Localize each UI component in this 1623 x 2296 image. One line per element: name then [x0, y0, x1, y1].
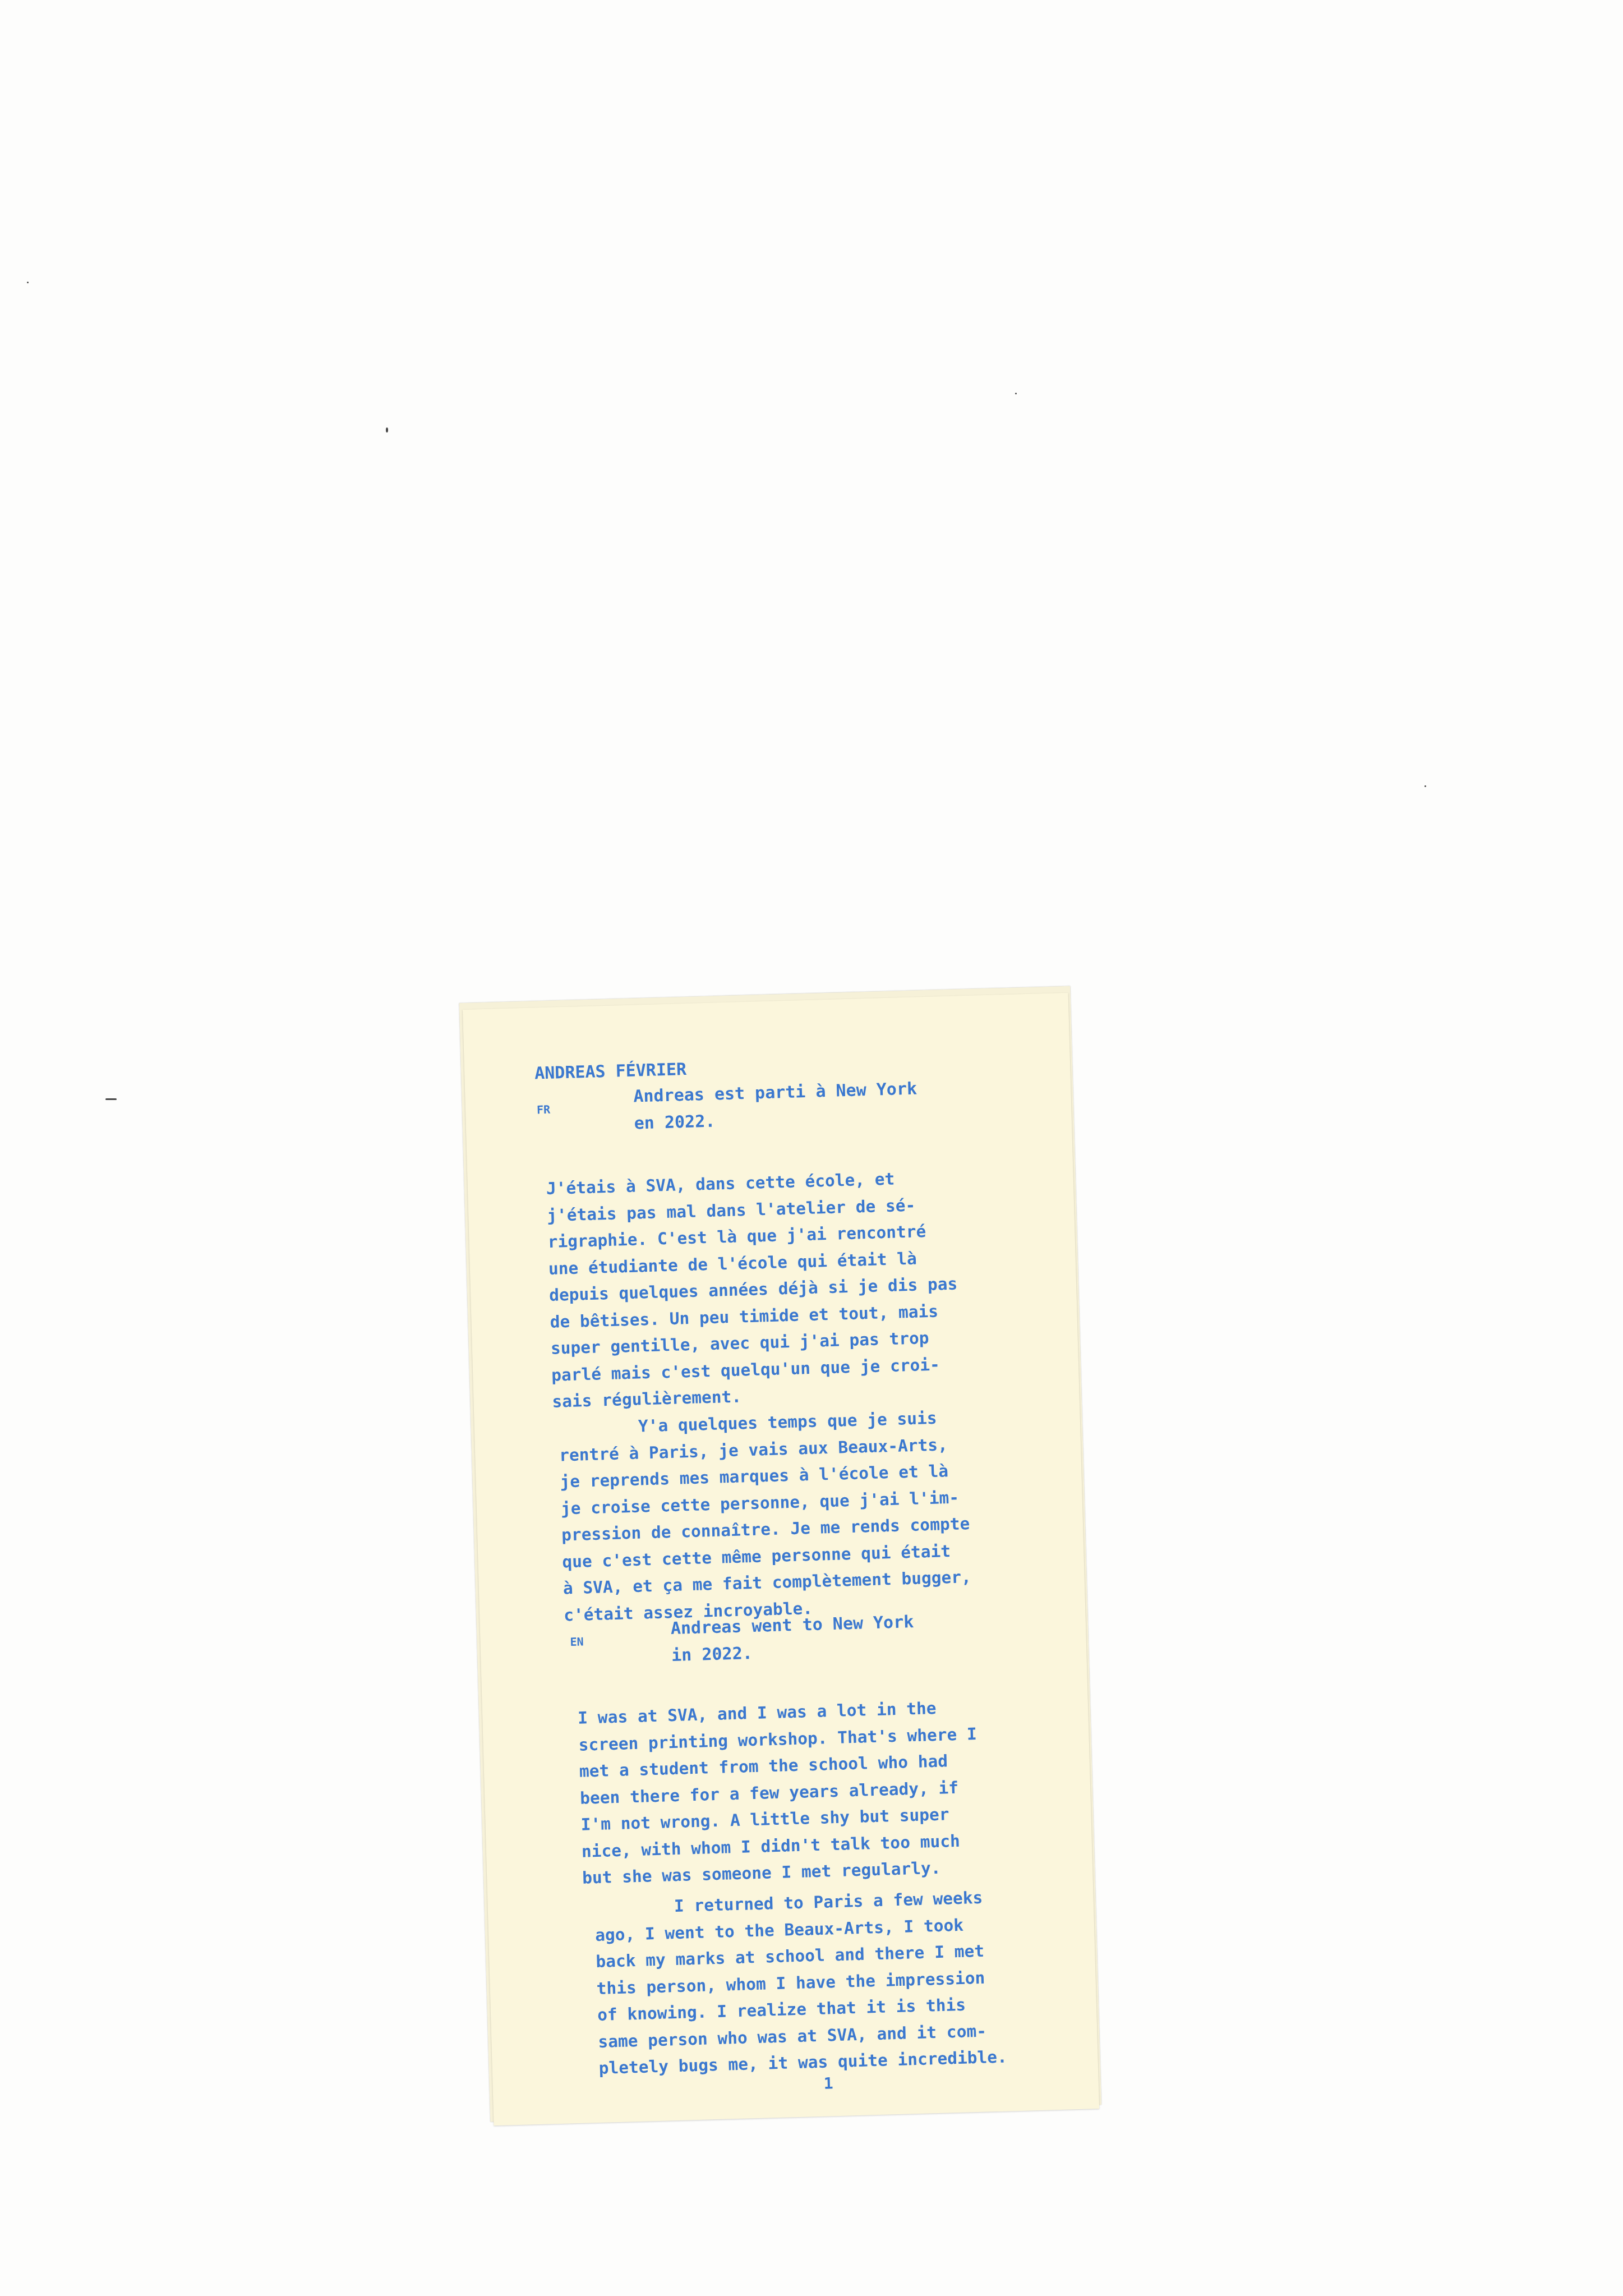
- lead-en: Andreas went to New York in 2022.: [670, 1609, 915, 1669]
- lead-fr: Andreas est parti à New York en 2022.: [633, 1075, 918, 1137]
- dust-speck: [1015, 393, 1017, 394]
- dust-speck: [27, 282, 29, 283]
- paragraph-en-1: I was at SVA, and I was a lot in thescre…: [578, 1692, 1065, 1892]
- language-label-en: EN: [570, 1635, 584, 1649]
- page-number: 1: [823, 2074, 833, 2092]
- dust-speck: [1424, 785, 1426, 787]
- dust-speck: [386, 427, 388, 432]
- paragraph-fr-2: Y'a quelques temps que je suisrentré à P…: [558, 1402, 1046, 1629]
- dust-speck: [105, 1098, 117, 1100]
- paragraph-fr-1: J'étais à SVA, dans cette école, etj'éta…: [546, 1162, 1035, 1415]
- document-title: ANDREAS FÉVRIER: [534, 1060, 687, 1084]
- language-label-fr: FR: [537, 1103, 551, 1117]
- booklet: ANDREAS FÉVRIER FR Andreas est parti à N…: [463, 993, 1099, 2125]
- paragraph-en-2: I returned to Paris a few weeksago, I we…: [594, 1882, 1081, 2082]
- booklet-page: ANDREAS FÉVRIER FR Andreas est parti à N…: [463, 993, 1099, 2125]
